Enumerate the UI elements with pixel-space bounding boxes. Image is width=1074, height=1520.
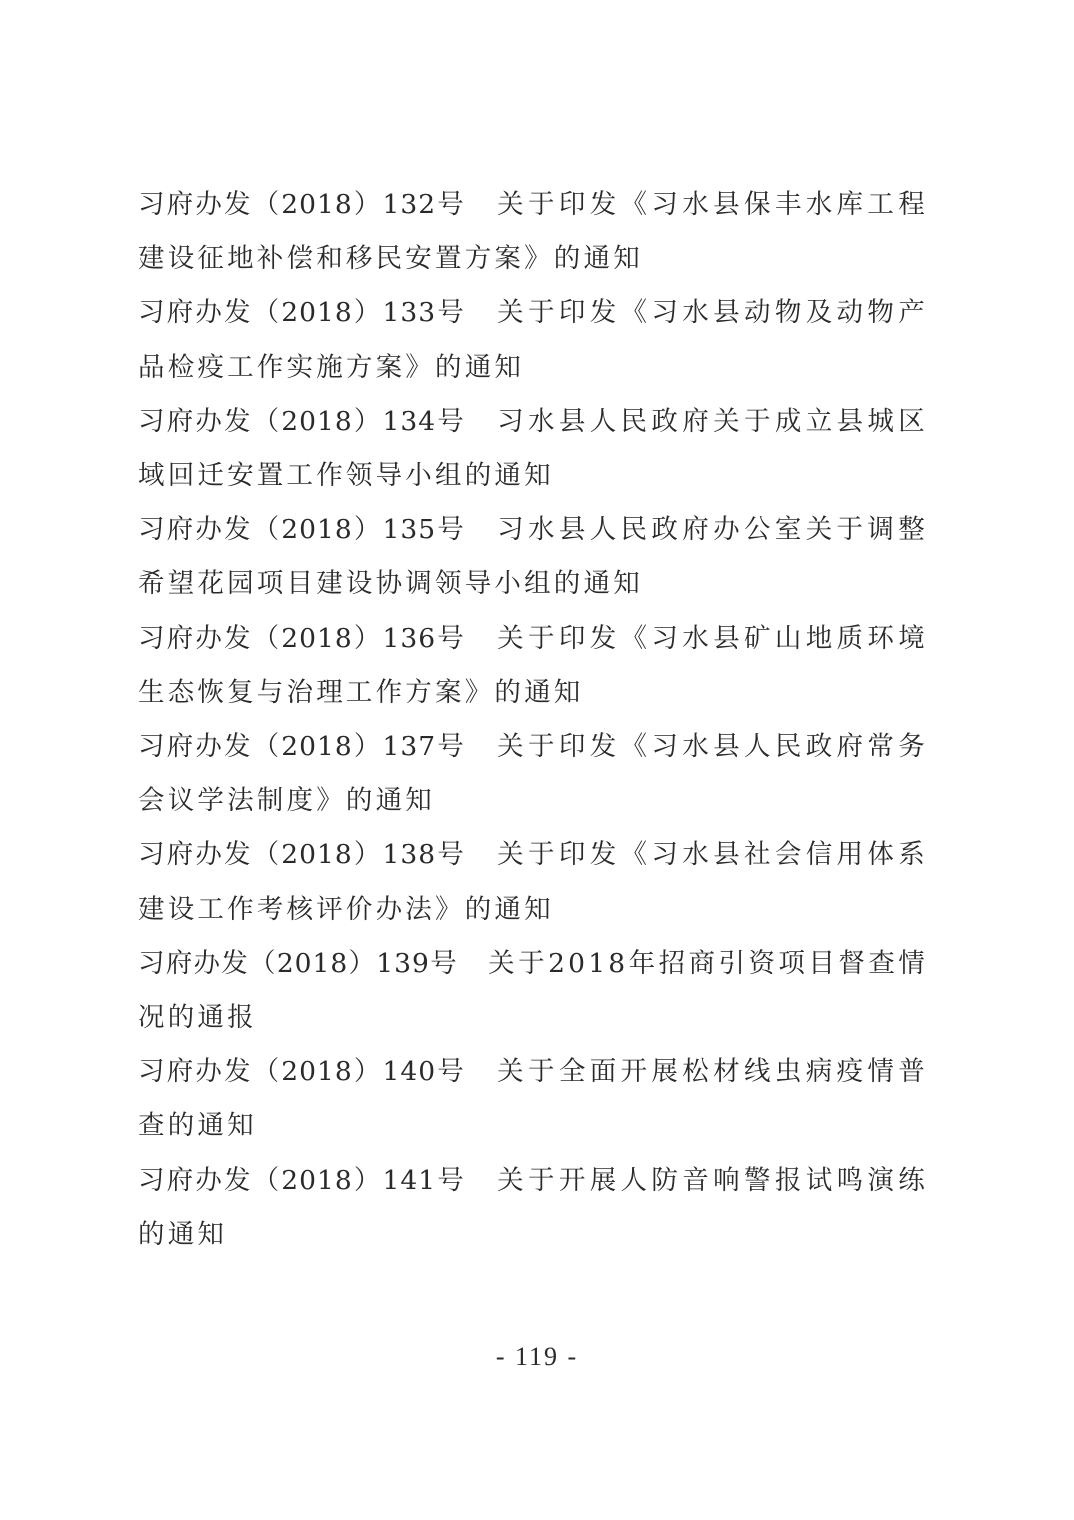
document-number: 习府办发（2018）134号 [138,406,466,437]
document-entry-134: 习府办发（2018）134号习水县人民政府关于成立县城区域回迁安置工作领导小组的… [138,395,928,503]
document-entry-136: 习府办发（2018）136号关于印发《习水县矿山地质环境生态恢复与治理工作方案》… [138,612,928,720]
document-entry-141: 习府办发（2018）141号关于开展人防音响警报试鸣演练的通知 [138,1154,928,1262]
document-entry-138: 习府办发（2018）138号关于印发《习水县社会信用体系建设工作考核评价办法》的… [138,828,928,936]
page-number: - 119 - [0,1342,1074,1372]
document-number: 习府办发（2018）136号 [138,623,466,654]
document-number: 习府办发（2018）135号 [138,514,466,545]
document-entry-135: 习府办发（2018）135号习水县人民政府办公室关于调整希望花园项目建设协调领导… [138,503,928,611]
document-entry-140: 习府办发（2018）140号关于全面开展松材线虫病疫情普查的通知 [138,1045,928,1153]
document-number: 习府办发（2018）139号 [138,948,458,979]
document-entry-132: 习府办发（2018）132号关于印发《习水县保丰水库工程建设征地补偿和移民安置方… [138,178,928,286]
document-number: 习府办发（2018）132号 [138,189,466,220]
document-number: 习府办发（2018）137号 [138,731,466,762]
document-number: 习府办发（2018）133号 [138,297,466,328]
document-number: 习府办发（2018）138号 [138,839,466,870]
document-number: 习府办发（2018）141号 [138,1165,466,1196]
document-entry-133: 习府办发（2018）133号关于印发《习水县动物及动物产品检疫工作实施方案》的通… [138,286,928,394]
document-number: 习府办发（2018）140号 [138,1056,466,1087]
document-entry-139: 习府办发（2018）139号关于2018年招商引资项目督查情况的通报 [138,937,928,1045]
document-entry-137: 习府办发（2018）137号关于印发《习水县人民政府常务会议学法制度》的通知 [138,720,928,828]
document-body: 习府办发（2018）132号关于印发《习水县保丰水库工程建设征地补偿和移民安置方… [138,178,928,1262]
